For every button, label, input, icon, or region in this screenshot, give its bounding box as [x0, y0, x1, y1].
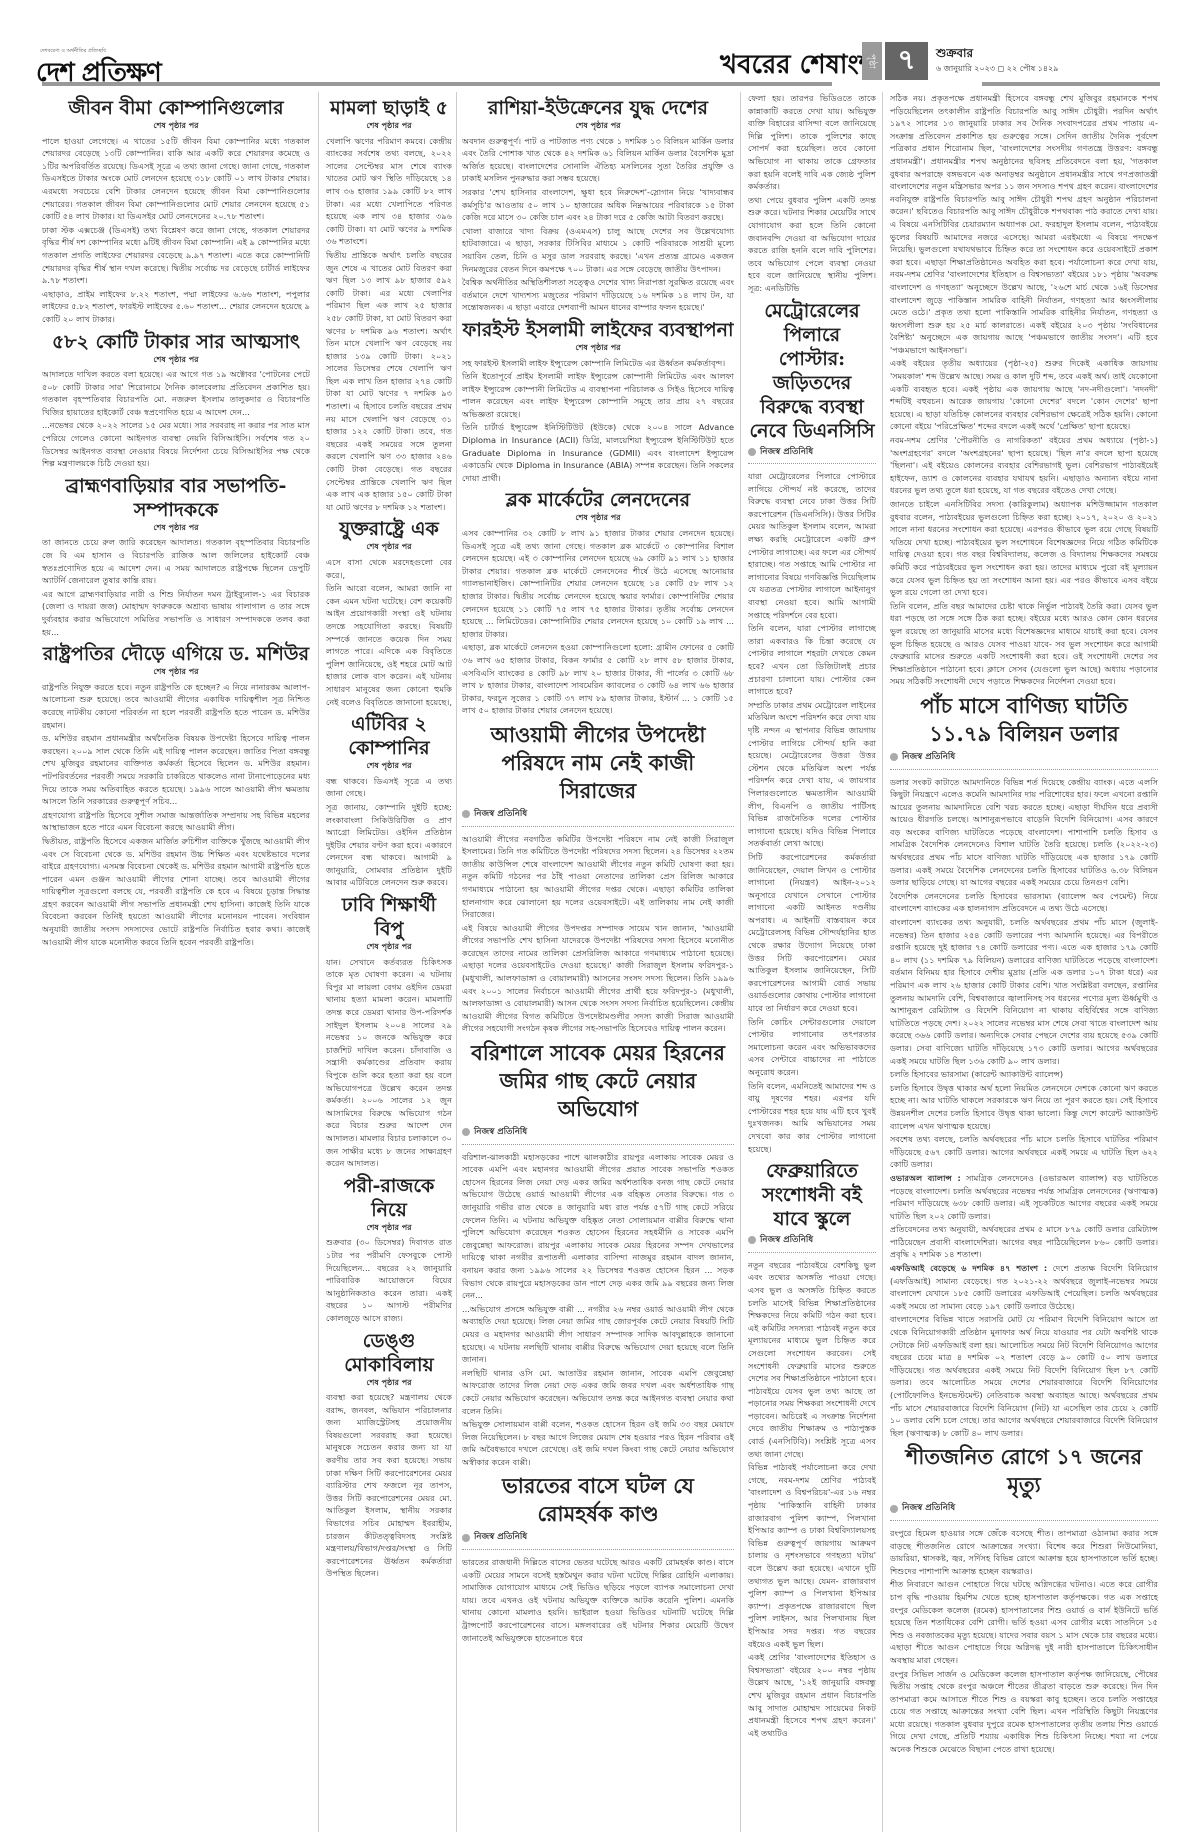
- paragraph: ফেলা হয়। তারপর ভিডিওতে তাকে কান্নাকাটি …: [748, 92, 876, 193]
- continued-label: শেষ পৃষ্ঠার পর: [42, 120, 310, 133]
- subheading: চলতি হিসাবের ভারসাম্য (কারেন্ট অ্যাকাউন্…: [890, 1068, 1158, 1081]
- headline: ফেব্রুয়ারিতে সংশোধনী বই যাবে স্কুলে: [748, 1159, 876, 1231]
- headline: মামলা ছাড়াই ৫: [326, 96, 452, 120]
- paragraph: ব্যবস্থা করা হয়েছে? মন্ত্রণালয় থেকে বর…: [326, 1391, 452, 1580]
- headline: রাষ্ট্রপতির দৌড়ে এগিয়ে ড. মশিউর: [42, 642, 310, 666]
- paragraph: দ্বিতীয়ত, রাষ্ট্রপতি হিসেবে একজন মার্জি…: [42, 835, 310, 948]
- paragraph: তিনি বলেন, প্রতি বছর আমাদের চেষ্টা থাকে …: [890, 600, 1158, 688]
- paragraph: বাংলাদেশ ব্যাংকের তথ্য অনুযায়ী, চলতি অর…: [890, 916, 1158, 1067]
- paragraph: এসে বাসা থেকে মরদেহগুলো বের করে।,: [326, 556, 452, 581]
- article-pori-raj: পরী-রাজকে নিয়ে শেষ পৃষ্ঠার পর শুক্রবার …: [326, 1174, 452, 1325]
- paragraph: সম্প্রতি ঢাকার প্রথম মেট্রোরেল লাইনের মত…: [748, 699, 876, 850]
- paragraph: ড. মশিউর রহমান প্রধানমন্ত্রীর অর্থনৈতিক …: [42, 732, 310, 808]
- paragraph: নবম-দশম শ্রেণির 'পৌরনীতি ও নাগরিকতা' বইয…: [890, 434, 1158, 497]
- continued-label: শেষ পৃষ্ঠার পর: [326, 760, 452, 773]
- paragraph: এসব কোম্পানির ৩২ কোটি ৮ লাখ ৯১ হাজার টাক…: [462, 527, 734, 640]
- paragraph: খেলাপি ঋণের পরিমাণ কমবে। কেন্দ্রীয় ব্যা…: [326, 135, 452, 248]
- paragraph: প্রতিবেদনের তথ্য অনুযায়ী, অর্থবছরের প্র…: [890, 1223, 1158, 1261]
- byline: নিজস্ব প্রতিনিধি: [462, 805, 734, 827]
- paragraph: ...নভেম্বর থেকে ২০২২ সালের ১৫ মের মধ্যে।…: [42, 419, 310, 469]
- paragraph: আদালতে দাখিল করতে বলা হয়েছে। এর আগে গত …: [42, 368, 310, 418]
- column-2: মামলা ছাড়াই ৫ শেষ পৃষ্ঠার পর খেলাপি ঋণে…: [326, 92, 452, 1832]
- paragraph: সরকার 'শেখ হাসিনার বাংলাদেশ, ক্ষুধা হবে …: [462, 186, 734, 224]
- headline: এটিবির ২ কোম্পানির: [326, 712, 452, 760]
- paragraph: গ্রহণযোগ্য রাষ্ট্রপতি হিসেবে সুশীল সমাজ …: [42, 809, 310, 834]
- byline: নিজস্ব প্রতিনিধি: [748, 1231, 876, 1253]
- paragraph: তিনি ইতোপূর্বে প্রাইম ইসলামী লাইফ ইন্স্য…: [462, 370, 734, 420]
- paragraph: শীত নিবারণে আগুন পোহাতে গিয়ে ঘটছে অগ্নি…: [890, 1578, 1158, 1666]
- continued-label: শেষ পৃষ্ঠার পর: [326, 1377, 452, 1390]
- headline: ডেঙ্গু মোকাবিলায়: [326, 1329, 452, 1377]
- page-number: ৭: [885, 42, 928, 80]
- article-cold: শীতজনিত রোগে ১৭ জনের মৃত্যু নিজস্ব প্রতি…: [890, 1443, 1158, 1755]
- continued-label: শেষ পৃষ্ঠার পর: [326, 541, 452, 554]
- headline: আওয়ামী লীগের উপদেষ্টা পরিষদে নাম নেই কা…: [462, 721, 734, 805]
- article-metro: মেট্রোরেলের পিলারে পোস্টার: জড়িতদের বির…: [748, 299, 876, 1156]
- paragraph: এছাড়াও, প্রাইম লাইফের ৮.২২ শতাংশ, পদ্মা…: [42, 288, 310, 326]
- bullet-icon: [748, 448, 756, 456]
- article-sar-attmosat: ৫৮২ কোটি টাকার সার আত্মসাৎ শেষ পৃষ্ঠার প…: [42, 330, 310, 470]
- paragraph: দ্বিতীয় প্রান্তিকে অর্থাৎ চলতি বছরের জু…: [326, 249, 452, 513]
- paragraph: নতুন বছরের পাঠ্যবইয়ে বেশকিছু ভুল এবং তথ…: [748, 1259, 876, 1461]
- headline: ব্রাহ্মণবাড়িয়ার বার সভাপতি-সম্পাদককে: [42, 474, 310, 522]
- article-dengue: ডেঙ্গু মোকাবিলায় শেষ পৃষ্ঠার পর ব্যবস্থ…: [326, 1329, 452, 1581]
- paragraph: একই বইয়ের তৃতীয় অধ্যায়ের (পৃষ্ঠা-২৫) …: [890, 357, 1158, 433]
- continued-label: শেষ পৃষ্ঠার পর: [462, 120, 734, 133]
- article-usa: যুক্তরাষ্ট্রে এক শেষ পৃষ্ঠার পর এসে বাসা…: [326, 517, 452, 708]
- headline: যুক্তরাষ্ট্রে এক: [326, 517, 452, 541]
- continued-label: শেষ পৃষ্ঠার পর: [326, 941, 452, 954]
- byline: নিজস্ব প্রতিনিধি: [748, 443, 876, 465]
- headline: ৫৮২ কোটি টাকার সার আত্মসাৎ: [42, 330, 310, 354]
- article-india-bus: ভারতের বাসে ঘটল যে রোমহর্ষক কাণ্ড নিজস্ব…: [462, 1472, 734, 1644]
- page-label: পৃষ্ঠা: [862, 42, 882, 80]
- paragraph: সহ ফারইস্ট ইসলামী লাইফ ইন্স্যুরেন্স কোম্…: [462, 357, 734, 370]
- paragraph: ঢাকা স্টক এক্সচেঞ্জ (ডিএসই) তথ্য বিশ্লেষ…: [42, 224, 310, 287]
- paragraph: তিনি আরো বলেন, আমরা জানি না কেন এমন ঘটনা…: [326, 582, 452, 708]
- paragraph: ভারতের রাজধানী দিল্লিতে বাসের ভেতর ঘটেছে…: [462, 1556, 734, 1644]
- bullet-icon: [462, 810, 470, 818]
- paragraph: বৈদেশিক লেনদেনের চলতি হিসাবের ভারসাম্য (…: [890, 890, 1158, 915]
- paragraph: জানতে চাইলে এনসিটিবির সদস্য (কারিকুলাম) …: [890, 498, 1158, 599]
- paragraph: রংপুর সিভিল সার্জন ও মেডিকেল কলেজ হাসপাত…: [890, 1668, 1158, 1756]
- issue-day: শুক্রবার: [936, 45, 973, 65]
- column-4: ফেলা হয়। তারপর ভিডিওতে তাকে কান্নাকাটি …: [748, 92, 876, 1832]
- paragraph: পালে হাওয়া লেগেছে। এ খাতের ১৫টি জীবন বি…: [42, 135, 310, 223]
- article-jibon-bima: জীবন বীমা কোম্পানিগুলোর শেষ পৃষ্ঠার পর প…: [42, 96, 310, 326]
- paragraph: তিনি বলেন, যারা পোস্টার লাগাচ্ছে তারা এক…: [748, 622, 876, 698]
- article-barishal: বরিশালে সাবেক মেয়র হিরনের জমির গাছ কেটে…: [462, 1039, 734, 1468]
- headline: ঢাবি শিক্ষার্থী বিপু: [326, 893, 452, 941]
- paragraph: রাষ্ট্রপতি নিযুক্ত করতে হবে। নতুন রাষ্ট্…: [42, 681, 310, 731]
- paragraph: একই শ্রেণির 'বাংলাদেশের ইতিহাস ও বিশ্বসভ…: [748, 1651, 876, 1739]
- bullet-icon: [890, 753, 898, 761]
- paragraph: তথ্য পেয়ে বুধবার পুলিশ একটি তদন্ত শুরু …: [748, 194, 876, 295]
- paragraph: অভিযুক্ত সোলায়মান বাপ্পী বলেন, শওকত হোস…: [462, 1418, 734, 1468]
- article-awami-league: আওয়ামী লীগের উপদেষ্টা পরিষদে নাম নেই কা…: [462, 721, 734, 1035]
- header-rule-left: [42, 82, 832, 86]
- article-atb: এটিবির ২ কোম্পানির শেষ পৃষ্ঠার পর বন্ধ থ…: [326, 712, 452, 889]
- headline: মেট্রোরেলের পিলারে পোস্টার: জড়িতদের বির…: [748, 299, 876, 443]
- paragraph: তিনি বলেন, এমনিতেই আমাদের শব্দ ও বায়ু দ…: [748, 1080, 876, 1156]
- lead-in: ওভারঅল ব্যালান্স :: [890, 1173, 961, 1183]
- newspaper-logo: দেশ প্রতিক্ষণ: [36, 52, 161, 96]
- byline: নিজস্ব প্রতিনিধি: [462, 1528, 734, 1550]
- headline: পরী-রাজকে নিয়ে: [326, 1174, 452, 1222]
- column-1: জীবন বীমা কোম্পানিগুলোর শেষ পৃষ্ঠার পর প…: [42, 92, 310, 1832]
- paragraph: অবদান গুরুত্বপূর্ণ। পাট ও পাটজাত পণ্য থে…: [462, 135, 734, 185]
- paragraph: তা জানতে চেয়ে রুল জারি করেছেন আদালত। গত…: [42, 536, 310, 586]
- issue-date: ৬ জানুয়ারি ২০২৩ ◻ ২২ পৌষ ১৪২৯: [936, 63, 1058, 76]
- paragraph: তিনি কোচিং সেন্টারগুলোর দেয়ালে পোস্টার …: [748, 1016, 876, 1079]
- headline: শীতজনিত রোগে ১৭ জনের মৃত্যু: [890, 1443, 1158, 1499]
- headline: ভারতের বাসে ঘটল যে রোমহর্ষক কাণ্ড: [462, 1472, 734, 1528]
- continued-label: শেষ পৃষ্ঠার পর: [326, 1222, 452, 1235]
- paragraph: খোলা বাজারে খাদ্য বিক্রয় (ওএমএস) চালু আ…: [462, 225, 734, 275]
- continued-label: শেষ পৃষ্ঠার পর: [42, 354, 310, 367]
- continued-label: শেষ পৃষ্ঠার পর: [326, 120, 452, 133]
- paragraph: বৈশ্বিক অর্থনীতির অস্থিতিশীলতা সত্ত্বেও …: [462, 276, 734, 314]
- article-russia: রাশিয়া-ইউক্রেনের যুদ্ধ দেশের শেষ পৃষ্ঠা…: [462, 96, 734, 314]
- paragraph: সঠিক নয়। প্রকৃতপক্ষে প্রধানমন্ত্রী হিসে…: [890, 92, 1158, 356]
- article-rashtrapati: রাষ্ট্রপতির দৌড়ে এগিয়ে ড. মশিউর শেষ পৃ…: [42, 642, 310, 948]
- paragraph: এছাড়া, ব্লক মার্কেটে লেনদেন হওয়া কোম্প…: [462, 641, 734, 717]
- column-divider: [456, 92, 457, 1832]
- article-brahmanbaria: ব্রাহ্মণবাড়িয়ার বার সভাপতি-সম্পাদককে শ…: [42, 474, 310, 638]
- headline: ব্লক মার্কেটের লেনদেনের: [462, 488, 734, 512]
- article-block-market: ব্লক মার্কেটের লেনদেনের শেষ পৃষ্ঠার পর এ…: [462, 488, 734, 717]
- paragraph: বরিশাল-ঝালকাঠী মহাসড়কের পাশে ঝালকাঠীর র…: [462, 1151, 734, 1302]
- paragraph: সবশেষ তথ্য বলছে, চলতি অর্থবছরের পাঁচ মাস…: [890, 1133, 1158, 1171]
- article-dhabi: ঢাবি শিক্ষার্থী বিপু শেষ পৃষ্ঠার পর যান।…: [326, 893, 452, 1170]
- headline: ফারইস্ট ইসলামী লাইফের ব্যবস্থাপনা: [462, 318, 734, 342]
- paragraph: সিটি করপোরেশনের কর্মকর্তারা জানিয়েছেন, …: [748, 851, 876, 1015]
- paragraph: শুক্রবার (৩০ ডিসেম্বর) দিবাগত রাত ১টার প…: [326, 1236, 452, 1324]
- paragraph: ডলার সংকট কাটাতে আমদানিতে বিভিন্ন শর্ত দ…: [890, 776, 1158, 889]
- byline: নিজস্ব প্রতিনিধি: [890, 748, 1158, 770]
- paragraph: এই বিষয়ে আওয়ামী লীগের উপদপ্তর সম্পাদক …: [462, 922, 734, 1035]
- bullet-icon: [890, 1505, 898, 1513]
- masthead: দেশবরেণ্য ও অর্থনীতির প্রতিচ্ছবি দেশ প্র…: [0, 0, 1200, 78]
- paragraph: যান। সেখানে কর্তব্যরত চিকিৎসক তাকে মৃত ঘ…: [326, 956, 452, 1170]
- paragraph: এর আগে ব্রাহ্মণবাড়িয়ার নারী ও শিশু নির…: [42, 588, 310, 638]
- headline: পাঁচ মাসে বাণিজ্য ঘাটতি ১১.৭৯ বিলিয়ন ডল…: [890, 692, 1158, 748]
- article-feb-book: ফেব্রুয়ারিতে সংশোধনী বই যাবে স্কুলে নিজ…: [748, 1159, 876, 1739]
- paragraph: বাংলাদেশের বিভিন্ন খাতে সরাসরি মোট যে পর…: [890, 1313, 1158, 1439]
- column-divider: [740, 92, 741, 1832]
- byline: নিজস্ব প্রতিনিধি: [890, 1499, 1158, 1521]
- continued-label: শেষ পৃষ্ঠার পর: [462, 512, 734, 525]
- bullet-icon: [462, 1128, 470, 1136]
- header-rule-right: [982, 82, 1160, 86]
- bullet-icon: [748, 1236, 756, 1244]
- paragraph: বিভিন্ন পাঠ্যবই পর্যালোচনা করে দেখা গেছে…: [748, 1461, 876, 1650]
- bullet-icon: [462, 1534, 470, 1542]
- column-5: সঠিক নয়। প্রকৃতপক্ষে প্রধানমন্ত্রী হিসে…: [890, 92, 1158, 1832]
- headline: জীবন বীমা কোম্পানিগুলোর: [42, 96, 310, 120]
- paragraph: চলতি হিসাবে উদ্বৃত্ত থাকার অর্থ হলো নিয়…: [890, 1082, 1158, 1132]
- headline: বরিশালে সাবেক মেয়র হিরনের জমির গাছ কেটে…: [462, 1039, 734, 1123]
- continued-label: শেষ পৃষ্ঠার পর: [462, 342, 734, 355]
- lead-in: এফডিআই বেড়েছে ৬ দশমিক ৪৭ শতাংশ :: [890, 1263, 1047, 1273]
- paragraph: বন্ধ থাকবে। ডিএসই সূত্রে এ তথ্য জানা গেছ…: [326, 775, 452, 800]
- byline: নিজস্ব প্রতিনিধি: [462, 1123, 734, 1145]
- paragraph: ওভারঅল ব্যালান্স : সামগ্রিক লেনদেনেও (ওভ…: [890, 1172, 1158, 1222]
- headline: রাশিয়া-ইউক্রেনের যুদ্ধ দেশের: [462, 96, 734, 120]
- paragraph: এফডিআই বেড়েছে ৬ দশমিক ৪৭ শতাংশ : দেশে প…: [890, 1262, 1158, 1312]
- paragraph: ...অভিযোগ প্রসঙ্গে অভিযুক্ত বাপ্পী ... ন…: [462, 1303, 734, 1366]
- continued-label: শেষ পৃষ্ঠার পর: [42, 522, 310, 535]
- continued-label: শেষ পৃষ্ঠার পর: [42, 666, 310, 679]
- paragraph: আওয়ামী লীগের নবগঠিত কমিটির উপদেষ্টা পরি…: [462, 833, 734, 921]
- paragraph: তিনি চার্টার্ড ইন্স্যুরেন্স ইনিস্টিটিউট …: [462, 421, 734, 484]
- paragraph: যারা মেট্রোরেলের পিলারে পোস্টারে লাগিয়ে…: [748, 470, 876, 621]
- column-divider: [318, 92, 319, 1832]
- paragraph: সূত্র জানায়, কোম্পানি দুইটি হচ্ছে: লংকা…: [326, 801, 452, 889]
- article-fareast: ফারইস্ট ইসলামী লাইফের ব্যবস্থাপনা শেষ পৃ…: [462, 318, 734, 485]
- article-mamla: মামলা ছাড়াই ৫ শেষ পৃষ্ঠার পর খেলাপি ঋণে…: [326, 96, 452, 513]
- paragraph: রংপুরে হিমেল হাওয়ার সঙ্গে জেঁকে বসেছে শ…: [890, 1527, 1158, 1577]
- article-trade-deficit: পাঁচ মাসে বাণিজ্য ঘাটতি ১১.৭৯ বিলিয়ন ডল…: [890, 692, 1158, 1439]
- paragraph: নলছিটি থানার ওসি মো. আতাউর রহমান জানান, …: [462, 1367, 734, 1417]
- column-divider: [882, 92, 883, 1832]
- column-3: রাশিয়া-ইউক্রেনের যুদ্ধ দেশের শেষ পৃষ্ঠা…: [462, 92, 734, 1832]
